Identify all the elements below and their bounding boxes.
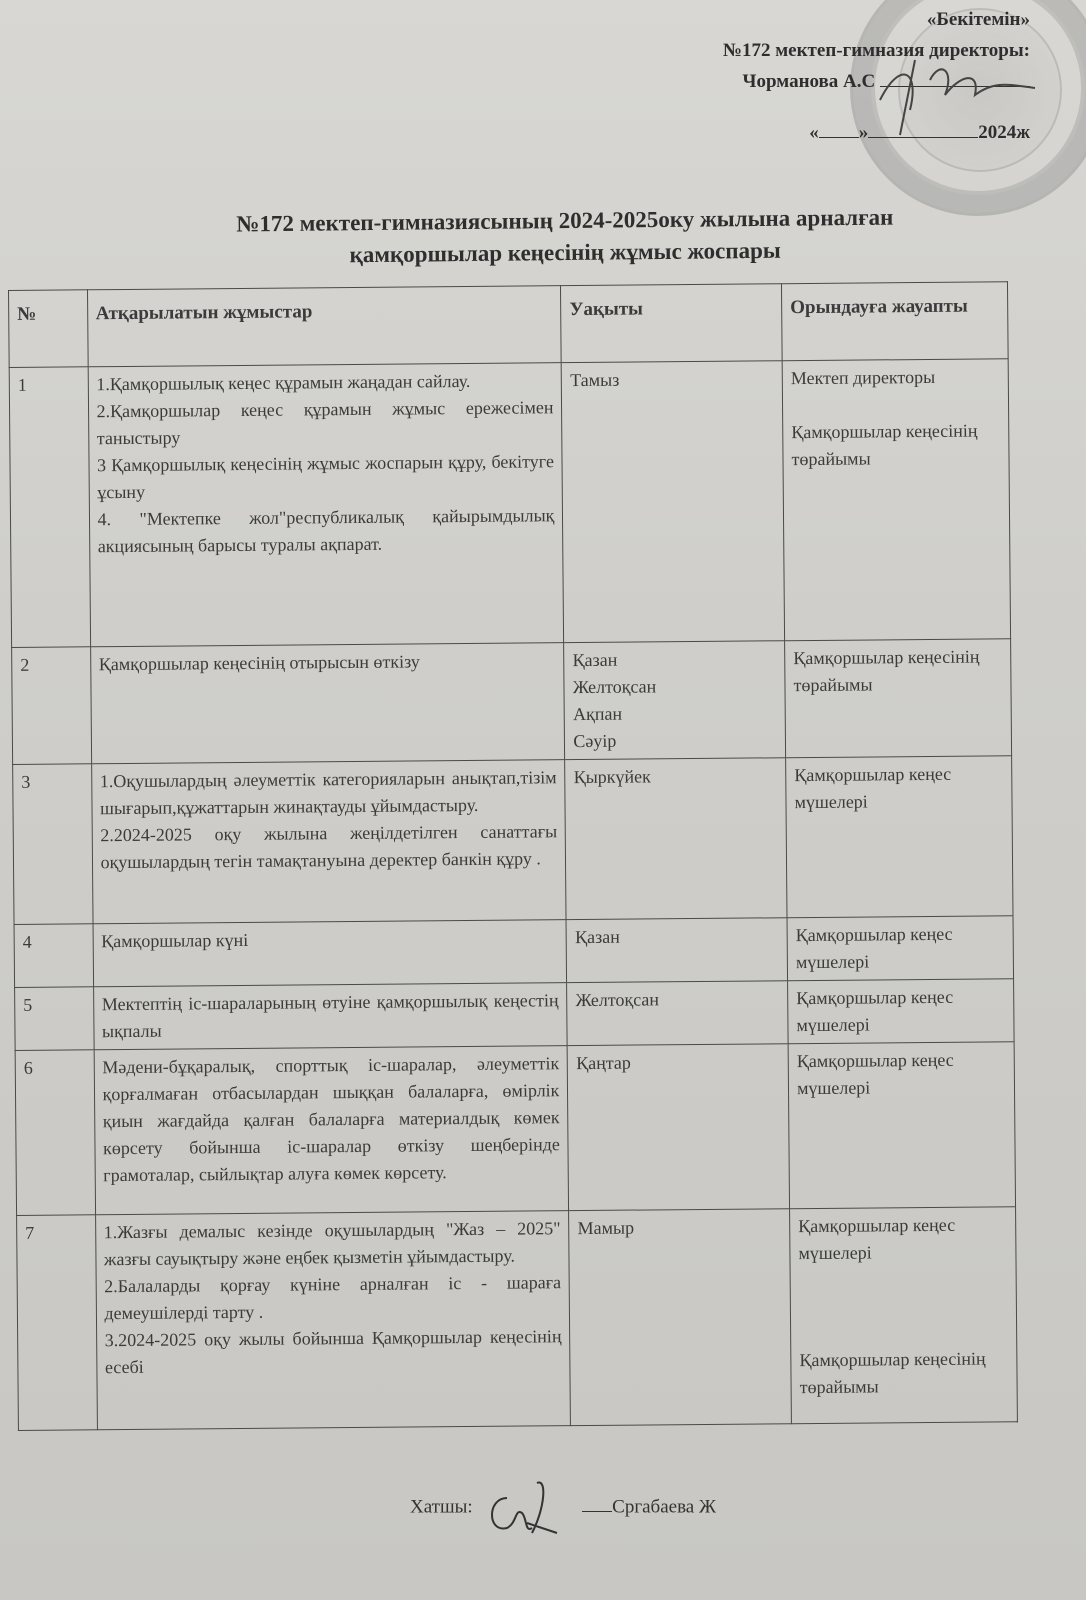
row-number: 4 [14, 924, 93, 988]
work-description-line: Мәдени-бұқаралық, спорттық іс-шаралар, ә… [102, 1050, 560, 1189]
time-period: Қыркүйек [565, 758, 787, 920]
work-description: Мектептің іс-шараларының өтуіне қамқоршы… [93, 983, 567, 1050]
responsible-party-line: Қамқоршылар кеңес мүшелері [796, 920, 1005, 976]
responsible-party-line: Қамқоршылар кеңес мүшелері [796, 983, 1005, 1039]
approval-label: «Бекітемін» [723, 4, 1030, 35]
date-quote-open: « [809, 122, 819, 143]
work-description-line: Қамқоршылар кеңесінің отырысын өткізу [99, 647, 556, 678]
table-body: 11.Қамқоршылық кеңес құрамын жаңадан сай… [9, 359, 1017, 1431]
responsible-party: Қамқоршылар кеңес мүшелері [788, 979, 1014, 1044]
signature-underline [582, 1511, 612, 1512]
table-row: 5Мектептің іс-шараларының өтуіне қамқорш… [15, 979, 1015, 1051]
header-time: Уақыты [561, 284, 782, 363]
work-description-line: Мектептің іс-шараларының өтуіне қамқоршы… [102, 987, 559, 1045]
day-blank [819, 137, 859, 138]
work-description-line: 1.Қамқоршылық кеңес құрамын жаңадан сайл… [96, 367, 553, 398]
approval-name: Чорманова А.С [743, 71, 876, 92]
secretary-label: Хатшы: [410, 1496, 473, 1517]
row-number: 1 [9, 367, 90, 648]
header-work: Атқарылатын жұмыстар [87, 286, 561, 367]
work-description: Қамқоршылар кеңесінің отырысын өткізу [90, 643, 565, 764]
header-responsible: Орындауға жауапты [782, 282, 1009, 361]
responsible-party-line: Қамқоршылар кеңесінің төрайымы [791, 417, 1000, 473]
row-number: 2 [12, 647, 92, 765]
secretary-name: Сргабаева Ж [612, 1496, 716, 1517]
time-period: Қаңтар [567, 1044, 789, 1211]
row-number: 3 [13, 764, 93, 925]
table-row: 31.Оқушылардың әлеуметтік категорияларын… [13, 756, 1013, 925]
work-description-line: 2.2024-2025 оқу жылына жеңілдетілген сан… [100, 818, 557, 876]
responsible-party: Қамқоршылар кеңес мүшелеріҚамқоршылар ке… [790, 1207, 1018, 1424]
work-description-line: 1.Жазғы демалыс кезінде оқушылардың "Жаз… [104, 1215, 561, 1273]
responsible-party: Қамқоршылар кеңес мүшелері [788, 1042, 1015, 1209]
time-period-line: Желтоқсан [575, 985, 779, 1014]
time-period-line: Желтоқсан [573, 672, 777, 701]
table-row: 11.Қамқоршылық кеңес құрамын жаңадан сай… [9, 359, 1010, 648]
time-period: Қазан [566, 918, 787, 983]
work-description: 1.Қамқоршылық кеңес құрамын жаңадан сайл… [88, 363, 564, 647]
responsible-party-line: Қамқоршылар кеңесінің төрайымы [799, 1345, 1008, 1401]
row-number: 6 [15, 1050, 95, 1216]
time-period: Желтоқсан [567, 981, 788, 1046]
work-description-line: 2.Балаларды қорғау күніне арналған іс - … [104, 1269, 561, 1327]
time-period-line: Қазан [575, 922, 779, 951]
work-description-line: 3.2024-2025 оқу жылы бойынша Қамқоршылар… [105, 1323, 562, 1381]
director-signature-icon [860, 40, 1040, 140]
work-description: 1.Жазғы демалыс кезінде оқушылардың "Жаз… [95, 1211, 571, 1430]
table-row: 71.Жазғы демалыс кезінде оқушылардың "Жа… [17, 1207, 1018, 1431]
work-description-line: 2.Қамқоршылар кеңес құрамын жұмыс ережес… [96, 394, 553, 452]
work-description: Мәдени-бұқаралық, спорттық іс-шаралар, ә… [94, 1046, 569, 1215]
work-plan-table: № Атқарылатын жұмыстар Уақыты Орындауға … [8, 281, 1018, 1431]
responsible-party: Мектеп директорыҚамқоршылар кеңесінің тө… [782, 359, 1010, 641]
responsible-party-line: Қамқоршылар кеңесінің төрайымы [793, 643, 1002, 699]
responsible-party-line: Қамқоршылар кеңес мүшелері [797, 1046, 1006, 1102]
work-description-line: 1.Оқушылардың әлеуметтік категорияларын … [100, 764, 557, 822]
responsible-party: Қамқоршылар кеңес мүшелері [787, 916, 1013, 981]
responsible-party-line: Мектеп директоры [791, 363, 1000, 392]
time-period-line: Сәуір [573, 726, 777, 755]
work-description: 1.Оқушылардың әлеуметтік категорияларын … [91, 760, 566, 924]
time-period-line: Қазан [573, 645, 777, 674]
row-number: 5 [15, 987, 94, 1051]
document-title: №172 мектеп-гимназиясының 2024-2025оку ж… [150, 201, 981, 274]
time-period-line: Қаңтар [576, 1048, 780, 1077]
table-row: 4Қамқоршылар күніҚазанҚамқоршылар кеңес … [14, 916, 1014, 988]
time-period-line: Қыркүйек [574, 762, 778, 791]
table-header-row: № Атқарылатын жұмыстар Уақыты Орындауға … [9, 282, 1009, 368]
footer-secretary: Хатшы: Сргабаева Ж [410, 1478, 716, 1538]
document-page: «Бекітемін» №172 мектеп-гимназия директо… [0, 0, 1086, 1600]
work-description-line: 4. "Мектепке жол"республикалық қайырымды… [97, 502, 554, 560]
header-num: № [9, 290, 88, 368]
time-period: Мамыр [569, 1209, 792, 1426]
time-period-line: Ақпан [573, 699, 777, 728]
work-description: Қамқоршылар күні [93, 920, 567, 987]
work-description-line: Қамқоршылар күні [101, 924, 558, 955]
table-row: 2Қамқоршылар кеңесінің отырысын өткізуҚа… [12, 639, 1012, 765]
time-period-line: Тамыз [570, 365, 774, 394]
row-number: 7 [17, 1215, 97, 1431]
work-description-line: 3 Қамқоршылық кеңесінің жұмыс жоспарын қ… [97, 448, 554, 506]
table-row: 6Мәдени-бұқаралық, спорттық іс-шаралар, … [15, 1042, 1015, 1216]
responsible-party: Қамқоршылар кеңесінің төрайымы [785, 639, 1012, 758]
work-plan-table-wrap: № Атқарылатын жұмыстар Уақыты Орындауға … [8, 281, 1048, 1431]
secretary-signature-icon [477, 1478, 577, 1538]
time-period: ҚазанЖелтоқсанАқпанСәуір [564, 641, 786, 760]
responsible-party: Қамқоршылар кеңес мүшелері [786, 756, 1013, 918]
responsible-party-line: Қамқоршылар кеңес мүшелері [798, 1211, 1007, 1267]
responsible-party-line: Қамқоршылар кеңес мүшелері [794, 760, 1003, 816]
time-period-line: Мамыр [577, 1213, 781, 1242]
time-period: Тамыз [562, 361, 785, 643]
